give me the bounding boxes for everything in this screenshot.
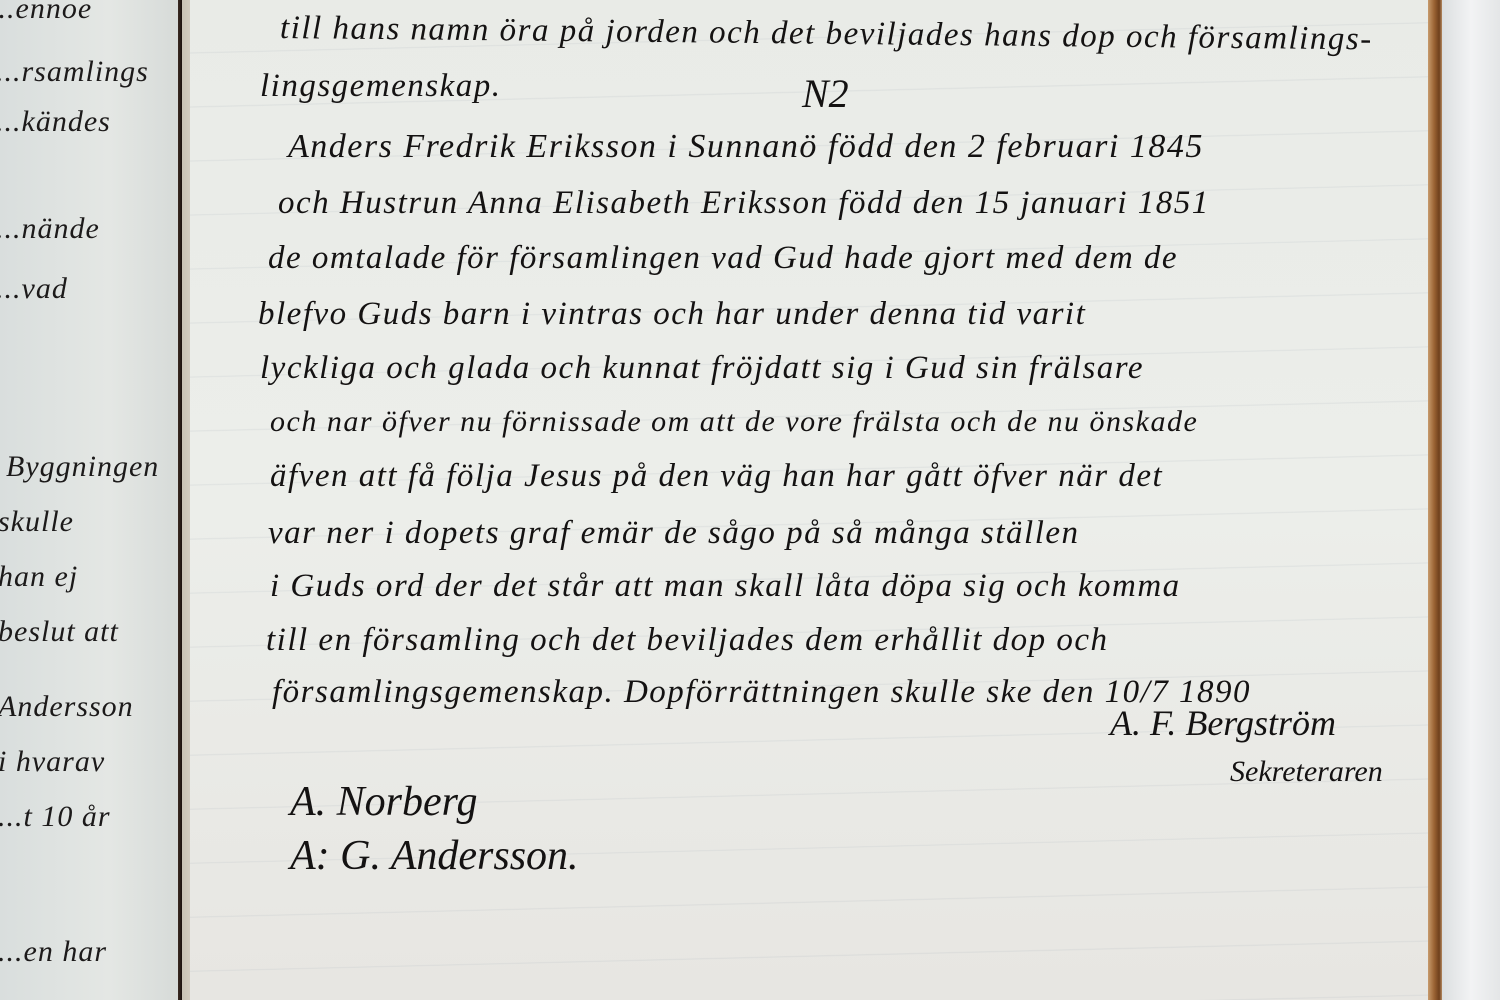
- body-line: Anders Fredrik Eriksson i Sunnanö född d…: [288, 128, 1204, 166]
- left-fragment: i hvarav: [0, 745, 105, 779]
- left-fragment: ...vad: [0, 272, 68, 306]
- left-fragment: Andersson: [0, 690, 134, 724]
- secretary-title: Sekreteraren: [1230, 755, 1383, 789]
- witness-signature: A: G. Andersson.: [290, 832, 579, 880]
- left-fragment: ...en har: [0, 935, 107, 969]
- body-line: de omtalade för församlingen vad Gud had…: [268, 240, 1178, 277]
- left-fragment: ...kändes: [0, 105, 111, 139]
- witness-signature: A. Norberg: [290, 778, 477, 826]
- body-line: och Hustrun Anna Elisabeth Eriksson född…: [278, 185, 1210, 222]
- background-surface: [1442, 0, 1500, 1000]
- continuation-line: lingsgemenskap.: [260, 68, 502, 105]
- left-fragment: ...rsamlings: [0, 55, 149, 89]
- left-fragment: beslut att: [0, 615, 119, 649]
- left-fragment: ...nände: [0, 212, 100, 246]
- body-line: till en församling och det beviljades de…: [266, 622, 1109, 659]
- body-line: lyckliga och glada och kunnat fröjdatt s…: [260, 350, 1144, 387]
- body-line: blefvo Guds barn i vintras och har under…: [258, 296, 1086, 333]
- body-line: var ner i dopets graf emär de sågo på så…: [268, 515, 1080, 552]
- right-page: till hans namn öra på jorden och det bev…: [190, 0, 1430, 1000]
- continuation-line: till hans namn öra på jorden och det bev…: [280, 10, 1373, 58]
- left-fragment: ...ennoe: [0, 0, 92, 26]
- body-line: och nar öfver nu förnissade om att de vo…: [270, 405, 1198, 439]
- body-line: i Guds ord der det står att man skall lå…: [270, 568, 1181, 605]
- left-page: ...ennoe ...rsamlings ...kändes ...nände…: [0, 0, 182, 1000]
- entry-number: N2: [802, 70, 849, 117]
- body-line: församlingsgemenskap. Dopförrättningen s…: [272, 674, 1251, 711]
- left-fragment: Byggningen: [6, 450, 159, 484]
- secretary-signature: A. F. Bergström: [1110, 702, 1336, 744]
- left-fragment: skulle: [0, 505, 74, 539]
- body-line: äfven att få följa Jesus på den väg han …: [270, 458, 1163, 495]
- left-fragment: ...t 10 år: [0, 800, 111, 834]
- page-edge: [1428, 0, 1442, 1000]
- left-fragment: han ej: [0, 560, 78, 594]
